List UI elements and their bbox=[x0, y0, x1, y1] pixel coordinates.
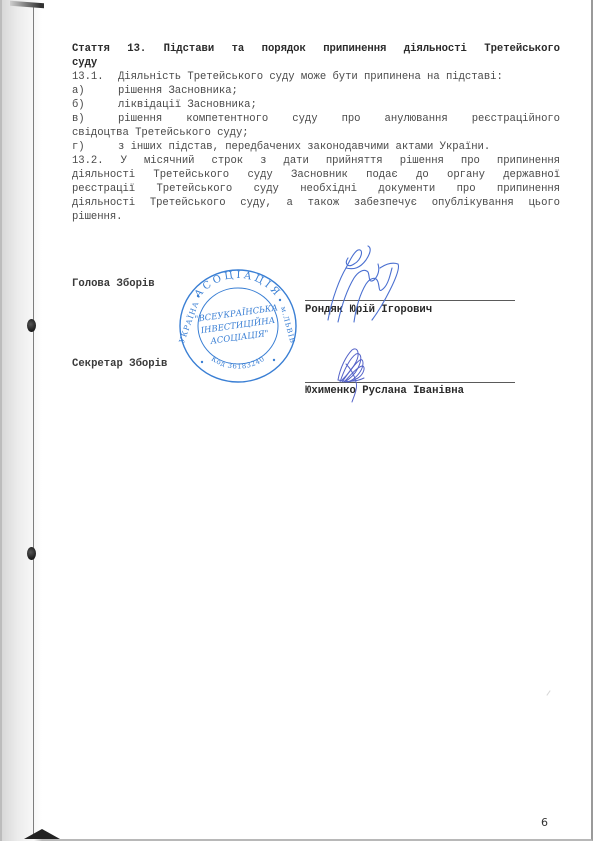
organization-stamp-icon: АСОЦІАЦІЯ УКРАЇНА м.ЛЬВІВ Код 36183240 "… bbox=[168, 266, 308, 386]
secretary-signature-icon bbox=[332, 344, 372, 404]
role-chairman: Голова Зборів bbox=[72, 278, 155, 290]
document-page: Стаття 13. Підстави та порядок припиненн… bbox=[0, 0, 593, 841]
secretary-name: Юхименко Руслана Іванівна bbox=[305, 385, 464, 397]
svg-text:АСОЦІАЦІЯ: АСОЦІАЦІЯ bbox=[193, 270, 284, 300]
svg-text:Код 36183240: Код 36183240 bbox=[210, 355, 266, 371]
chairman-signature-icon bbox=[318, 238, 413, 323]
role-secretary: Секретар Зборів bbox=[72, 358, 167, 370]
page-number: 6 bbox=[541, 816, 548, 829]
signature-block: Голова Зборів Рондяк Юрій Ігорович Секре… bbox=[0, 0, 593, 841]
